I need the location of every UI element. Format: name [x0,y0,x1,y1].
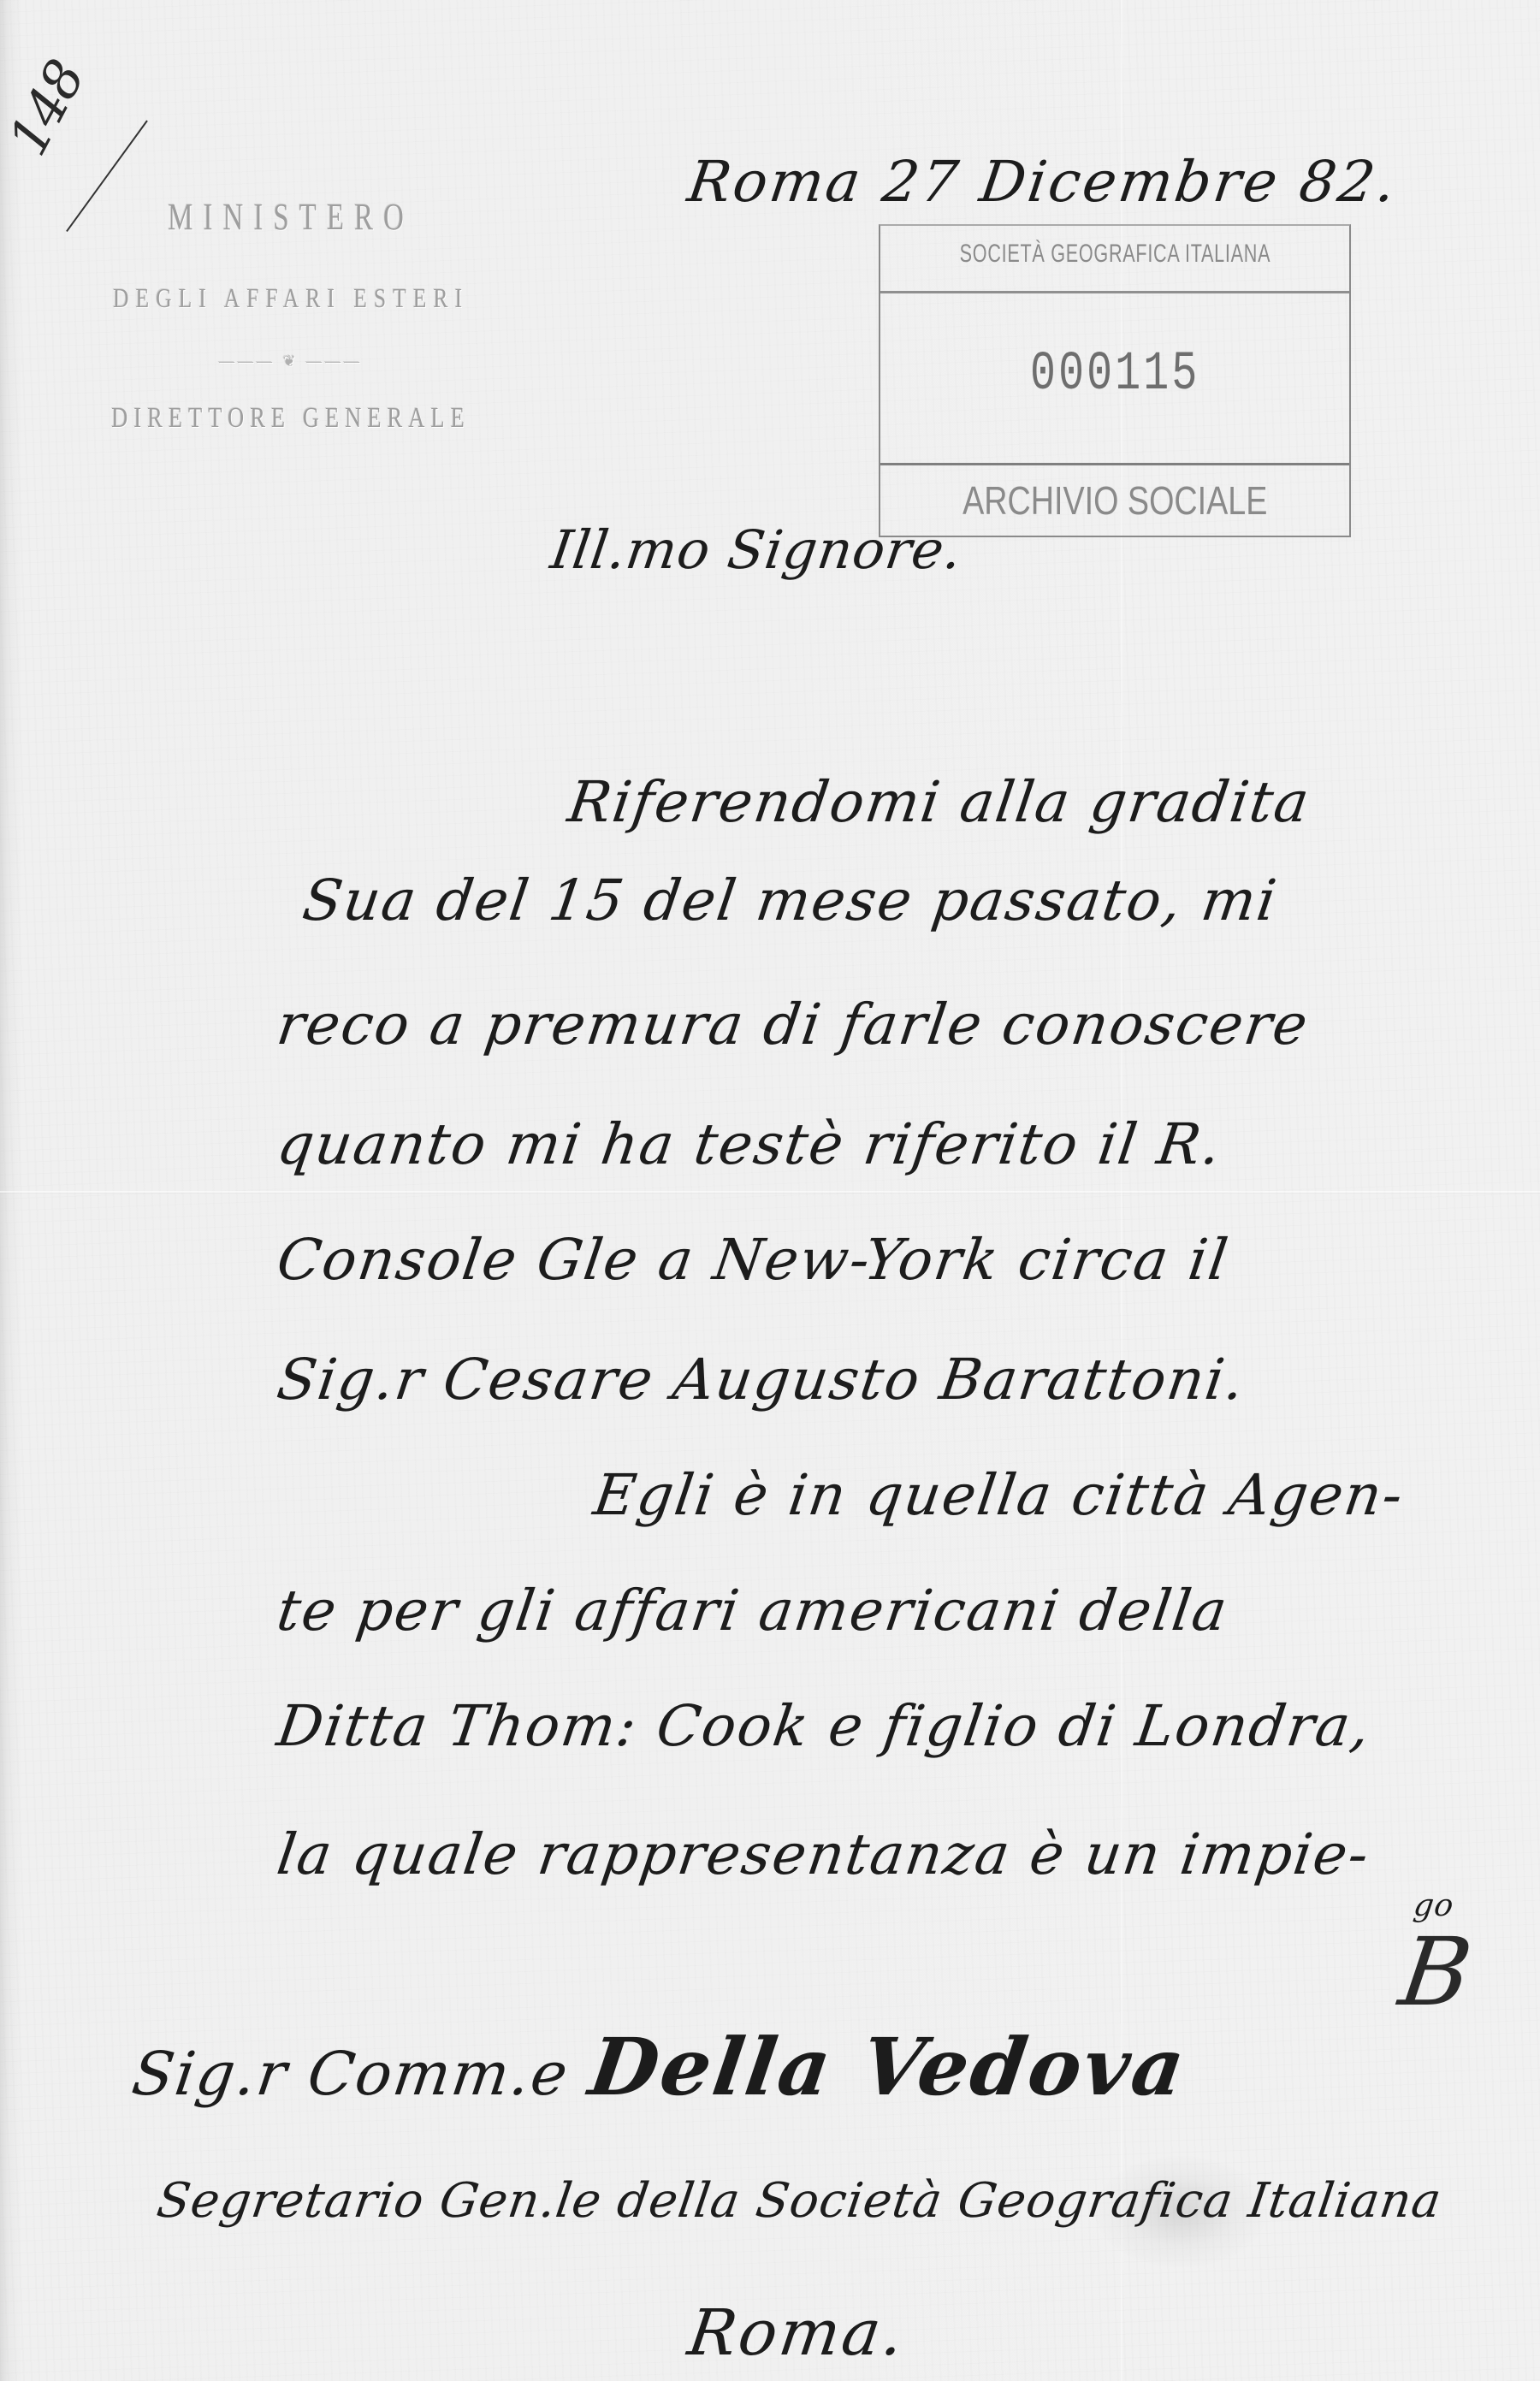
stamp-footer-text: ARCHIVIO SOCIALE [962,465,1267,536]
date-line: Roma 27 Dicembre 82. [684,154,1401,210]
body-line-5: Console Gle a New-York circa il [274,1232,1233,1288]
horizontal-fold-line [0,1191,1540,1193]
body-line-9: Ditta Thom: Cook e figlio di Londra, [274,1698,1375,1755]
letterhead-department: DEGLI AFFARI ESTERI [106,282,476,314]
addressee-line: Sig.r Comm.e Della Vedova [128,2028,1192,2106]
addressee-prefix: Sig.r Comm.e [128,2039,574,2109]
page-mark: B [1395,1925,1478,2019]
body-line-7: Egli è in quella città Agen- [590,1467,1407,1524]
archive-number: 148 [0,51,97,165]
body-line-10: la quale rappresentanza è un impie- [274,1827,1373,1883]
stamp-number-text: 000115 [1030,344,1199,406]
letterhead-ornament-divider: ——— ❦ ——— [60,352,522,370]
addressee-role: Segretario Gen.le della Società Geografi… [154,2177,1444,2225]
stamp-number: 000115 [880,344,1349,406]
body-line-1: Riferendomi alla gradita [565,774,1314,831]
letterhead-ministry: MINISTERO [118,195,465,239]
letterhead-office: DIRETTORE GENERALE [110,402,471,435]
addressee-name: Della Vedova [583,2021,1192,2113]
body-line-4: quanto mi ha testè riferito il R. [274,1116,1226,1173]
stamp-header-text: SOCIETÀ GEOGRAFICA ITALIANA [959,226,1270,282]
body-line-3: reco a premura di farle conoscere [274,997,1312,1053]
body-line-8: te per gli affari americani della [274,1583,1232,1639]
salutation: Ill.mo Signore. [548,524,966,577]
archive-stamp: SOCIETÀ GEOGRAFICA ITALIANA 000115 ARCHI… [879,224,1351,537]
stamp-header: SOCIETÀ GEOGRAFICA ITALIANA [880,226,1349,293]
body-line-6: Sig.r Cesare Augusto Barattoni. [274,1352,1249,1408]
body-line-2: Sua del 15 del mese passato, mi [299,873,1281,929]
addressee-city: Roma. [684,2301,909,2365]
